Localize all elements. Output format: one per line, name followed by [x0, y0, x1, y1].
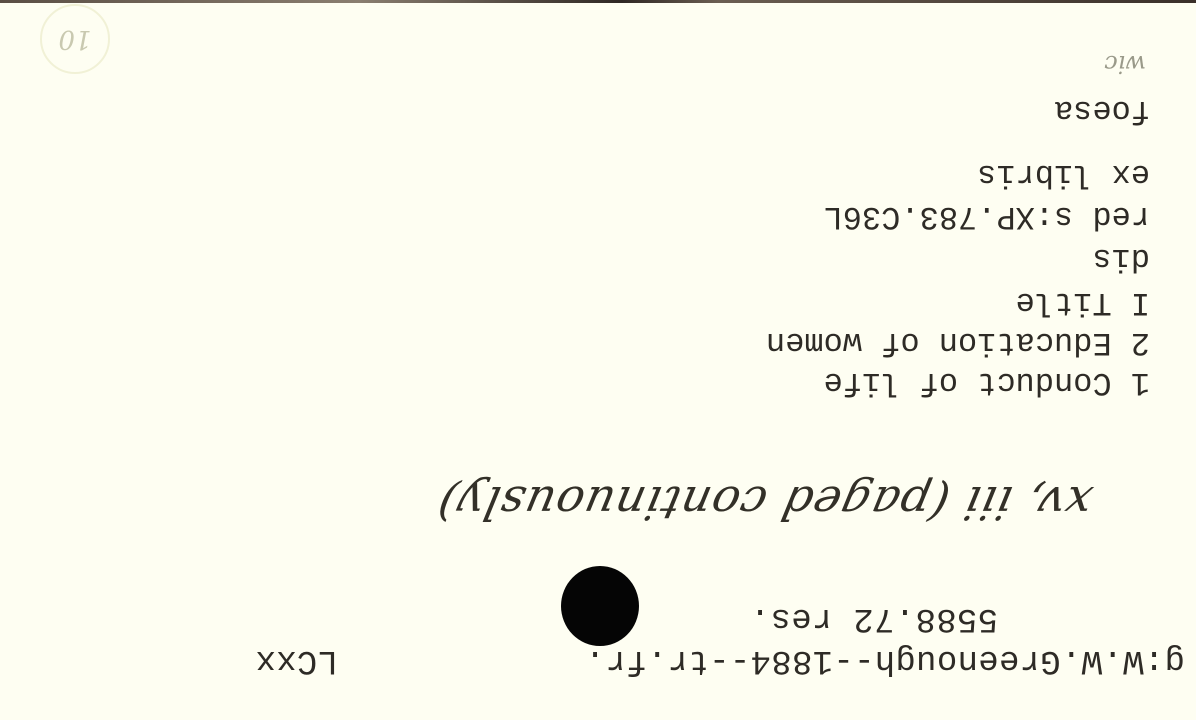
note-dis: dis: [1092, 242, 1150, 274]
corner-number-mark: 10: [40, 4, 110, 74]
pencil-annotation: wic: [1104, 50, 1146, 78]
punch-hole: [561, 566, 639, 646]
note-foesa: foesa: [1054, 94, 1150, 126]
call-number: 5588.72 res.: [750, 602, 998, 634]
note-ex-libris: ex libris: [977, 158, 1150, 190]
tracing-title: I Title: [1016, 286, 1150, 318]
location-code: LCxx: [255, 644, 338, 676]
tracing-1: 1 Conduct of life: [824, 366, 1150, 398]
heading-line: g:W.W.Greenough--1884--tr.fr.: [585, 644, 1185, 676]
handwritten-collation-note: xv, iii (paged continuously): [432, 476, 1097, 530]
catalog-card: g:W.W.Greenough--1884--tr.fr. LCxx 5588.…: [0, 0, 1196, 720]
note-red-call-number: red s:XP.783.C36L: [824, 200, 1150, 232]
tracing-2: 2 Education of women: [766, 326, 1150, 358]
corner-number: 10: [58, 24, 91, 54]
card-edge-shadow: [0, 0, 1196, 3]
